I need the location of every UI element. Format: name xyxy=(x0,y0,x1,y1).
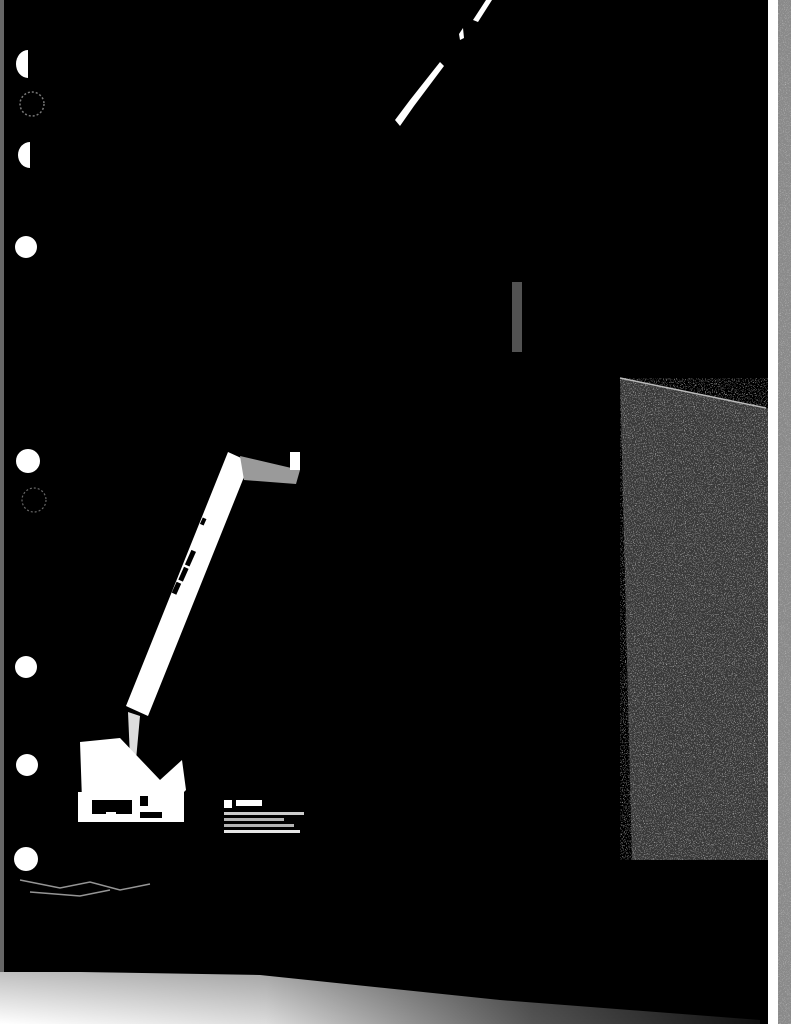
crane-photo: Scanned high-contrast black-and-white ph… xyxy=(0,0,791,1024)
building-wall xyxy=(620,378,768,860)
